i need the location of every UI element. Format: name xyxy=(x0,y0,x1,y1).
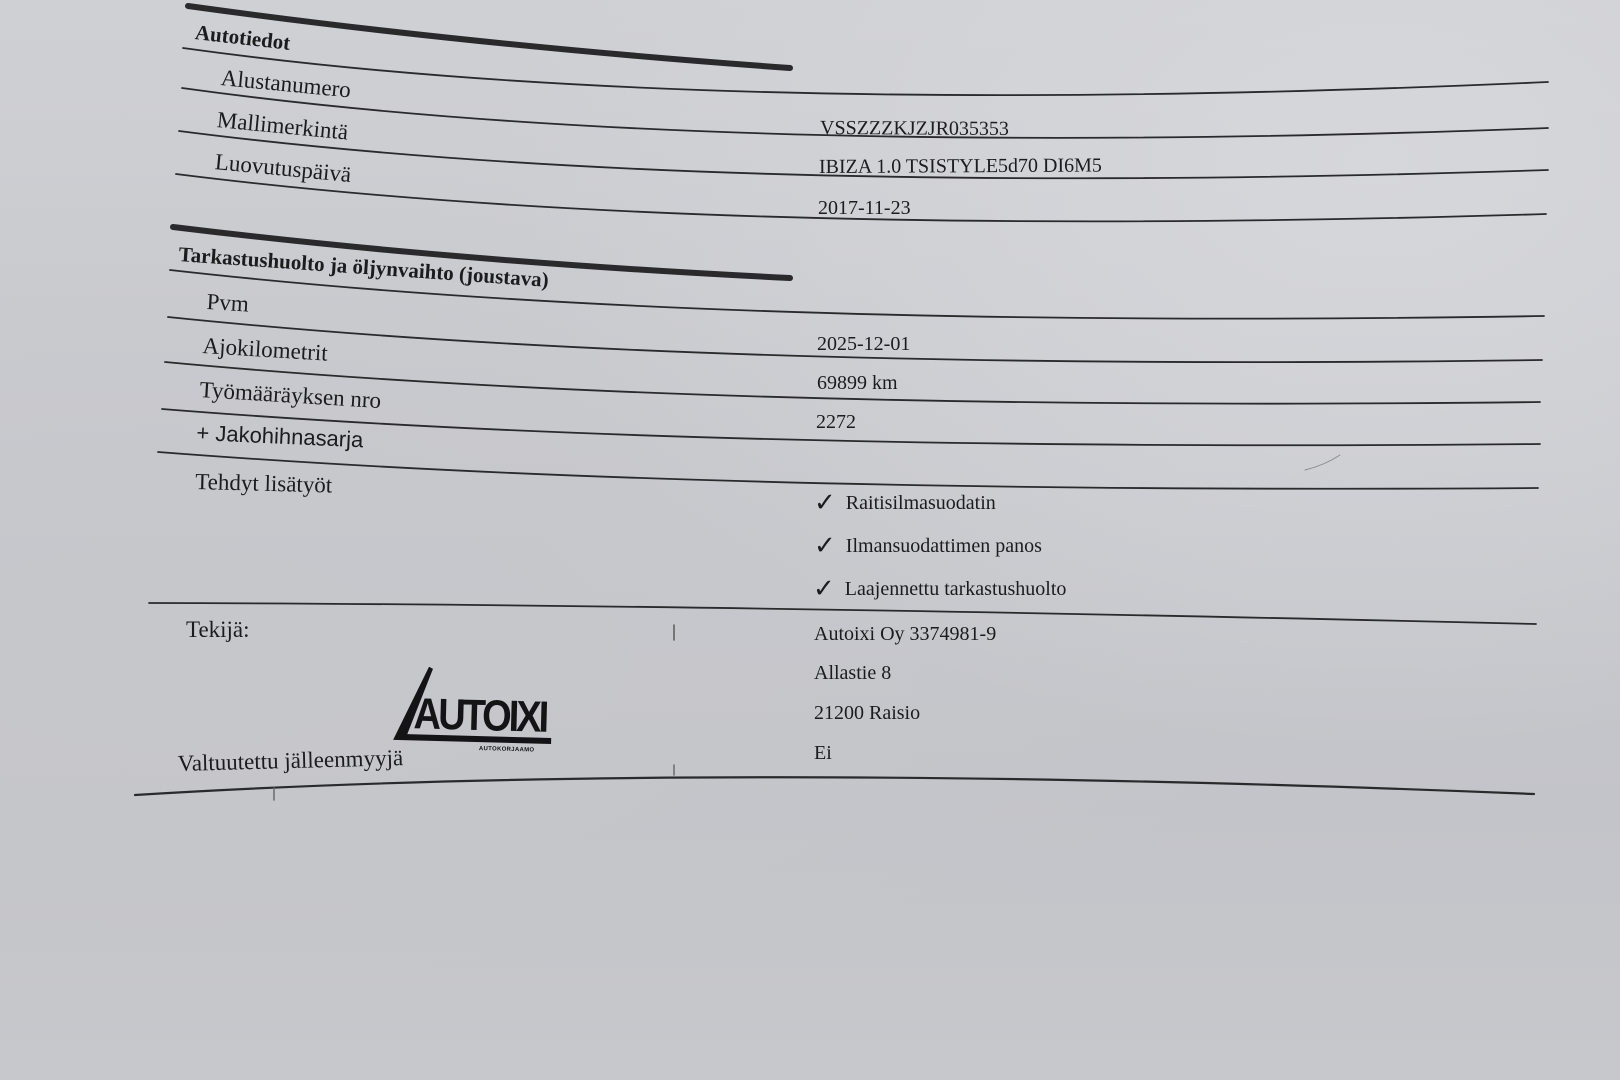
additional-work-item: ✓Raitisilmasuodatin xyxy=(814,490,996,516)
additional-work-text: Raitisilmasuodatin xyxy=(846,492,996,514)
field-value-work-order: 2272 xyxy=(816,412,856,432)
field-label-model: Mallimerkintä xyxy=(216,108,349,144)
section-title-vehicle-info: Autotiedot xyxy=(194,22,291,54)
additional-work-item: ✓Ilmansuodattimen panos xyxy=(814,533,1042,559)
checkmark-icon: ✓ xyxy=(814,533,836,559)
field-value-model: IBIZA 1.0 TSISTYLE5d70 DI6M5 xyxy=(819,156,1102,177)
field-label-date: Pvm xyxy=(206,290,250,316)
section-title-service: Tarkastushuolto ja öljynvaihto (joustava… xyxy=(178,244,549,291)
performer-company: Autoixi Oy 3374981-9 xyxy=(814,624,996,644)
field-value-vin: VSSZZZKJZJR035353 xyxy=(820,118,1009,139)
performer-city: 21200 Raisio xyxy=(814,703,920,723)
authorized-dealer-value: Ei xyxy=(814,743,832,763)
additional-work-item: ✓Laajennettu tarkastushuolto xyxy=(813,576,1066,602)
additional-work-text: Ilmansuodattimen panos xyxy=(846,535,1042,557)
autoixi-logo: AUTOIXI AUTOKORJAAMO xyxy=(391,660,563,754)
field-label-additional-work: Tehdyt lisätyöt xyxy=(195,470,333,497)
field-value-date: 2025-12-01 xyxy=(817,334,910,354)
field-label-delivery-date: Luovutuspäivä xyxy=(214,150,352,186)
field-label-mileage: Ajokilometrit xyxy=(202,334,328,365)
service-record-document: Autotiedot Alustanumero Mallimerkintä Lu… xyxy=(0,0,1620,1080)
extra-item-timing-belt-kit: + Jakohihnasarja xyxy=(196,422,364,451)
performer-street: Allastie 8 xyxy=(814,663,891,683)
field-label-authorized-dealer: Valtuutettu jälleenmyyjä xyxy=(177,746,403,775)
field-value-mileage: 69899 km xyxy=(817,373,898,393)
additional-work-text: Laajennettu tarkastushuolto xyxy=(845,578,1067,600)
field-label-work-order: Työmääräyksen nro xyxy=(199,378,382,412)
logo-wordmark: AUTOIXI xyxy=(413,690,547,743)
checkmark-icon: ✓ xyxy=(814,490,836,516)
field-label-vin: Alustanumero xyxy=(220,66,352,101)
logo-tagline: AUTOKORJAAMO xyxy=(479,746,535,753)
field-label-performer: Tekijä: xyxy=(186,618,250,641)
field-value-delivery-date: 2017-11-23 xyxy=(818,198,911,218)
checkmark-icon: ✓ xyxy=(813,576,835,602)
